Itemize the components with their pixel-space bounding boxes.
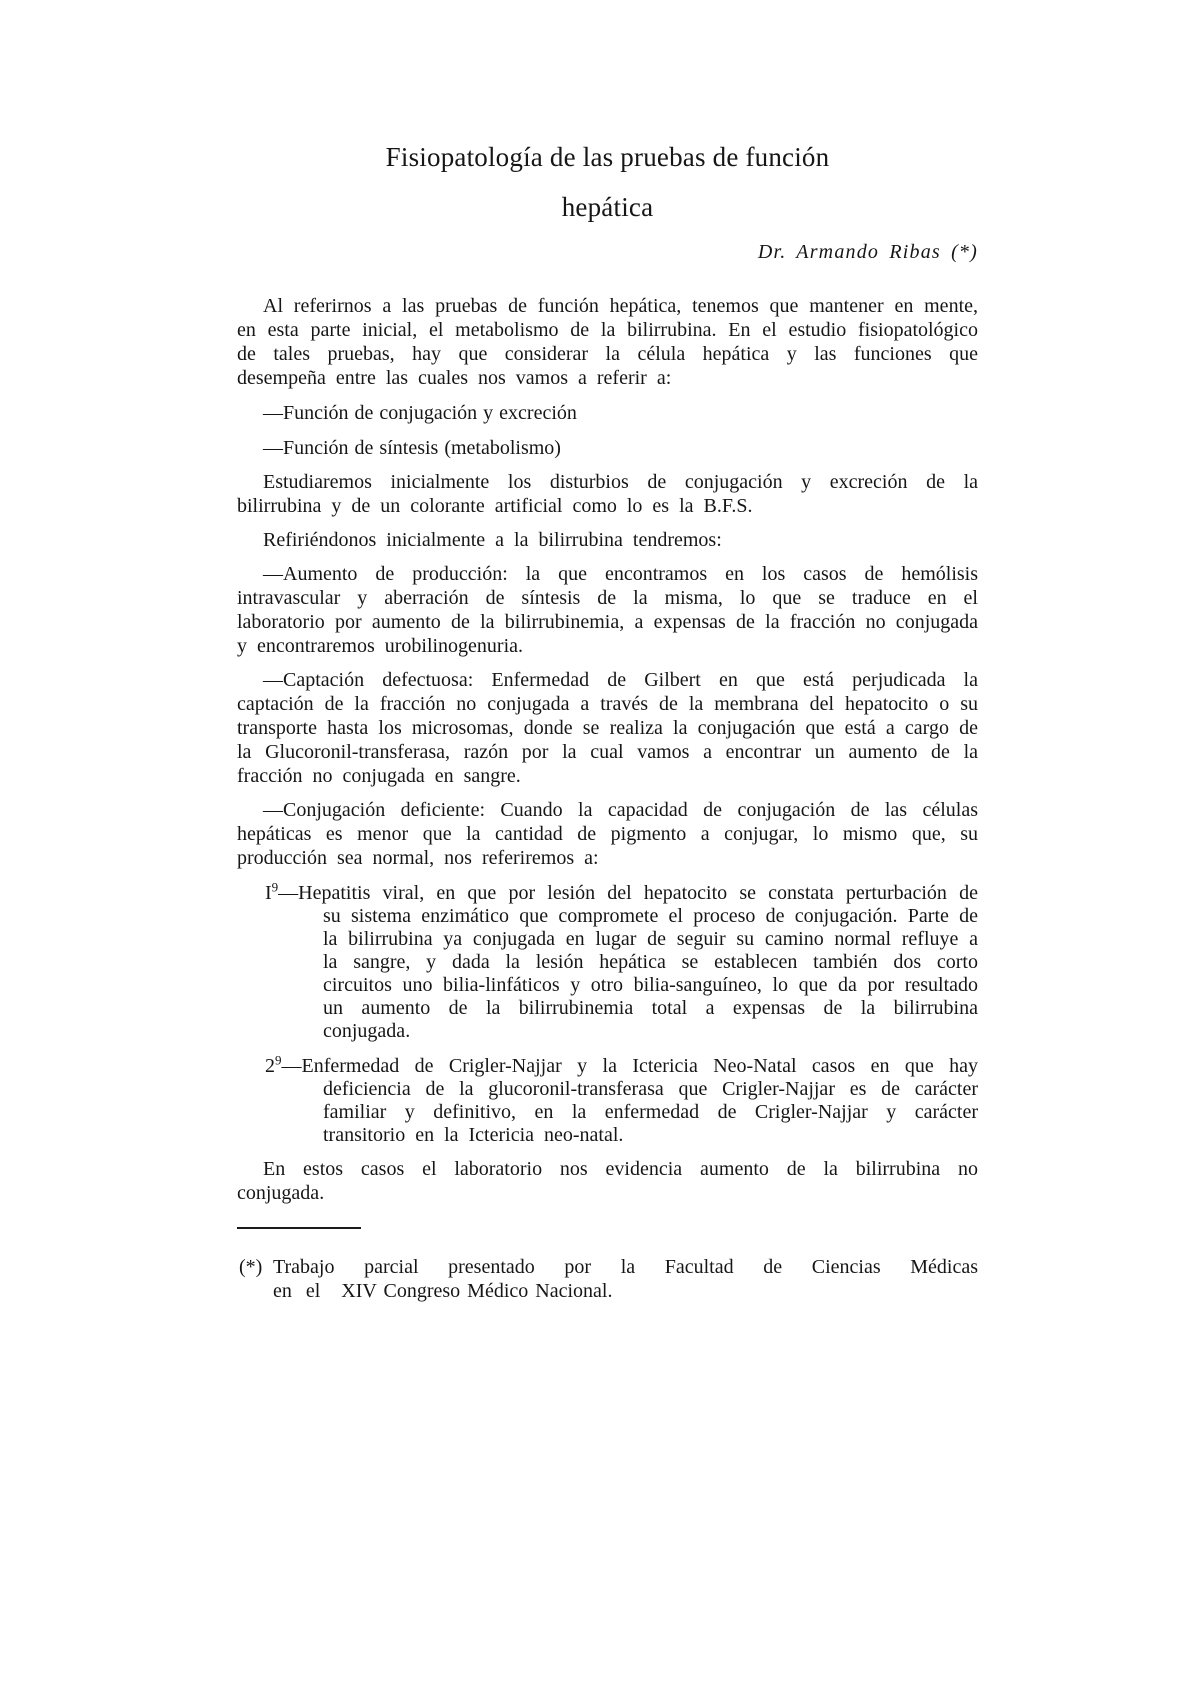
- paragraph-estudiaremos: Estudiaremos inicialmente los disturbios…: [237, 470, 978, 518]
- page-title: Fisiopatología de las pruebas de función…: [237, 0, 978, 232]
- page-title-line1: Fisiopatología de las pruebas de función: [386, 142, 830, 172]
- footnote-line2: en el XIV Congreso Médico Nacional.: [237, 1279, 978, 1303]
- footnote: (*) Trabajo parcial presentado por la Fa…: [237, 1255, 978, 1303]
- item-2-text: —Enfermedad de Crigler-Najjar y la Icter…: [282, 1055, 979, 1146]
- item-1-text: —Hepatitis viral, en que por lesión del …: [278, 882, 978, 1042]
- item-1-number: I: [265, 882, 272, 904]
- numbered-item-1: I9—Hepatitis viral, en que por lesión de…: [237, 882, 978, 1043]
- footnote-line1: (*) Trabajo parcial presentado por la Fa…: [237, 1255, 978, 1279]
- paragraph-conjugacion-deficiente: —Conjugación deficiente: Cuando la capac…: [237, 798, 978, 870]
- page-title-line2: hepática: [562, 192, 654, 222]
- footnote-text: Trabajo parcial presentado por la Facult…: [273, 1255, 978, 1279]
- paragraph-final: En estos casos el laboratorio nos eviden…: [237, 1157, 978, 1205]
- document-page: Fisiopatología de las pruebas de función…: [0, 0, 1200, 1698]
- paragraph-refiriendonos: Refiriéndonos inicialmente a la bilirrub…: [237, 528, 978, 552]
- text-column: Fisiopatología de las pruebas de función…: [237, 0, 978, 1303]
- numbered-item-2: 29—Enfermedad de Crigler-Najjar y la Ict…: [237, 1055, 978, 1147]
- footnote-marker: (*): [239, 1255, 262, 1279]
- paragraph-intro: Al referirnos a las pruebas de función h…: [237, 294, 978, 390]
- paragraph-aumento-produccion: —Aumento de producción: la que encontram…: [237, 562, 978, 658]
- item-2-number: 2: [265, 1055, 275, 1077]
- footnote-divider: [237, 1227, 361, 1229]
- author-byline: Dr. Armando Ribas (*): [237, 240, 978, 264]
- dash-item-conjugacion-excrecion: —Función de conjugación y excreción: [237, 401, 978, 425]
- dash-item-sintesis: —Función de síntesis (metabolismo): [237, 436, 978, 460]
- paragraph-captacion-defectuosa: —Captación defectuosa: Enfermedad de Gil…: [237, 668, 978, 788]
